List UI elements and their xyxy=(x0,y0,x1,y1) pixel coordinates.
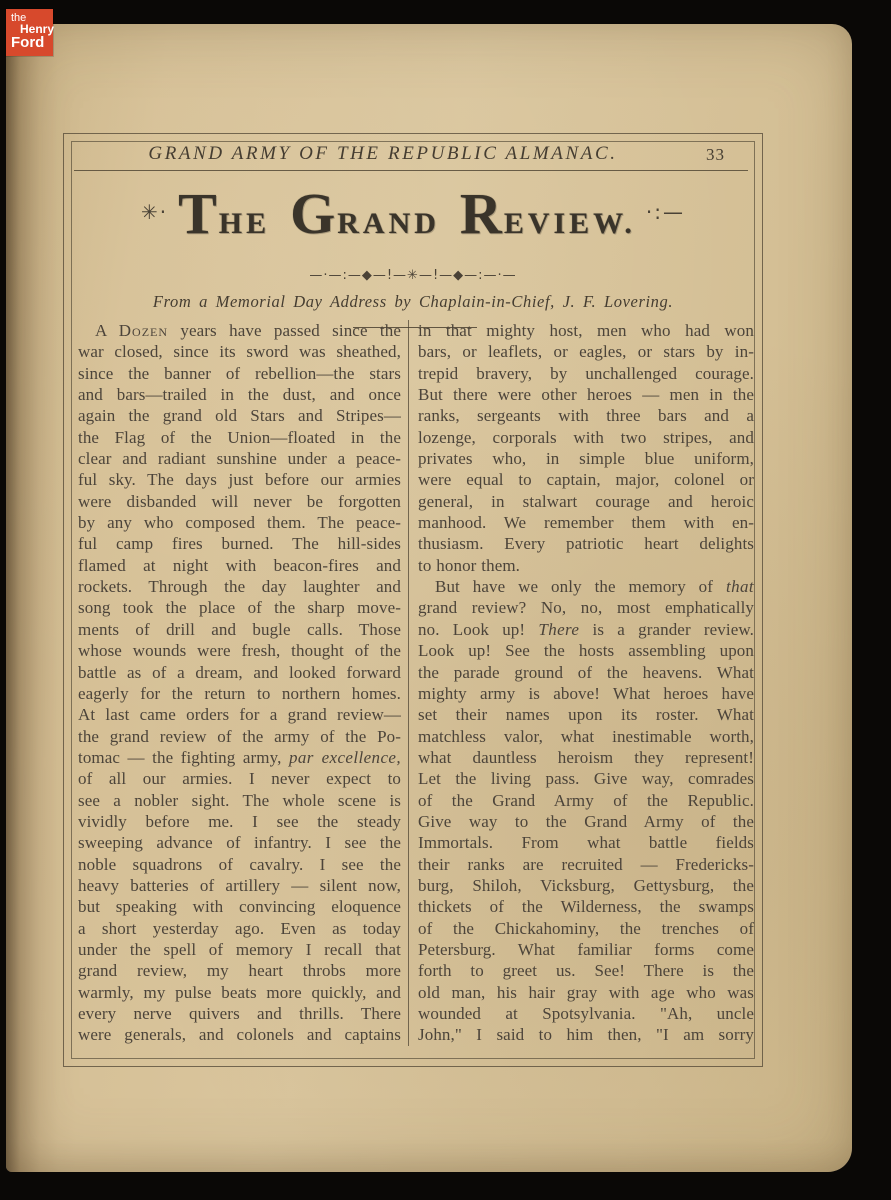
text-line: see a nobler sight. The whole scene is xyxy=(78,790,401,811)
text-line: mighty army is above! What heroes have xyxy=(418,683,754,704)
text-line: their ranks are recruited — Fredericks- xyxy=(418,854,754,875)
text-line: thusiasm. Every patriotic heart delights xyxy=(418,533,754,554)
text-line: of the Chickahominy, the trenches of xyxy=(418,918,754,939)
text-line: and bars—trailed in the dust, and once xyxy=(78,384,401,405)
text-line: trepid bravery, by unchallenged courage. xyxy=(418,363,754,384)
text-line: eagerly for the return to northern homes… xyxy=(78,683,401,704)
text-line: A Dozen years have passed since the xyxy=(78,320,401,341)
text-line: ful sky. The days just before our armies xyxy=(78,469,401,490)
article-title: ✳·TheGrandReview.·:— xyxy=(63,180,763,247)
text-line: the grand review of the army of the Po- xyxy=(78,726,401,747)
text-line: again the grand old Stars and Stripes— xyxy=(78,405,401,426)
henry-ford-logo: the Henry Ford xyxy=(6,9,53,56)
text-line: wounded at Spotsylvania. "Ah, uncle xyxy=(418,1003,754,1024)
text-line: since the banner of rebellion—the stars xyxy=(78,363,401,384)
ornament-divider-icon: —·—:—◆—!—✳—!—◆—:—·— xyxy=(63,268,763,283)
text-line: ful camp fires burned. The hill-sides xyxy=(78,533,401,554)
text-line: flamed at night with beacon-fires and xyxy=(78,555,401,576)
left-column: A Dozen years have passed since thewar c… xyxy=(78,320,408,1046)
text-line: matchless valor, what inestimable worth, xyxy=(418,726,754,747)
text-line: were equal to captain, major, colonel or xyxy=(418,469,754,490)
title-word: Review. xyxy=(460,207,636,240)
text-line: the parade ground of the heavens. What xyxy=(418,662,754,683)
body-text: A Dozen years have passed since thewar c… xyxy=(78,320,754,1046)
text-line: by any who composed them. The peace- xyxy=(78,512,401,533)
text-line: Look up! See the hosts assembling upon xyxy=(418,640,754,661)
article-title-text: TheGrandReview. xyxy=(168,220,646,237)
text-line: old man, his hair gray with age who was xyxy=(418,982,754,1003)
page-number: 33 xyxy=(706,145,725,165)
title-word: Grand xyxy=(290,207,440,240)
text-line: But have we only the memory of that xyxy=(418,576,754,597)
text-line: warmly, my pulse beats more quickly, and xyxy=(78,982,401,1003)
text-line: manhood. We remember them with en- xyxy=(418,512,754,533)
text-line: forth to greet us. See! There is the xyxy=(418,960,754,981)
text-line: Give way to the Grand Army of the xyxy=(418,811,754,832)
text-line: no. Look up! There is a grander review. xyxy=(418,619,754,640)
text-line: sweeping advance of infantry. I see the xyxy=(78,832,401,853)
title-lead-ornament-icon: ✳· xyxy=(141,200,168,224)
text-line: clear and radiant sunshine under a peace… xyxy=(78,448,401,469)
byline: From a Memorial Day Address by Chaplain-… xyxy=(63,292,763,312)
text-line: lozenge, corporals with two stripes, and xyxy=(418,427,754,448)
text-line: of all our armies. I never expect to xyxy=(78,768,401,789)
text-line: in that mighty host, men who had won xyxy=(418,320,754,341)
text-line: tomac — the fighting army, par excellenc… xyxy=(78,747,401,768)
text-line: grand review, my heart throbs more xyxy=(78,960,401,981)
text-line: were disbanded will never be forgotten xyxy=(78,491,401,512)
text-line: song took the place of the sharp move- xyxy=(78,597,401,618)
text-line: ranks, sergeants with three bars and a xyxy=(418,405,754,426)
right-column: in that mighty host, men who had wonbars… xyxy=(409,320,754,1046)
running-head: GRAND ARMY OF THE REPUBLIC ALMANAC. xyxy=(63,143,703,165)
scan-background: GRAND ARMY OF THE REPUBLIC ALMANAC. 33 ✳… xyxy=(0,0,891,1200)
text-line: Petersburg. What familiar forms come xyxy=(418,939,754,960)
text-line: battle as of a dream, and looked forward xyxy=(78,662,401,683)
logo-text-ford: Ford xyxy=(11,35,44,50)
almanac-page: GRAND ARMY OF THE REPUBLIC ALMANAC. 33 ✳… xyxy=(6,24,852,1172)
header-rule xyxy=(74,170,748,171)
text-line: grand review? No, no, most emphatically xyxy=(418,597,754,618)
text-line: what dauntless heroism they represent! xyxy=(418,747,754,768)
text-line: privates who, in simple blue uniform, xyxy=(418,448,754,469)
text-line: were generals, and colonels and captains xyxy=(78,1024,401,1045)
text-line: war closed, since its sword was sheathed… xyxy=(78,341,401,362)
text-line: of the Grand Army of the Republic. xyxy=(418,790,754,811)
text-line: but speaking with convincing eloquence xyxy=(78,896,401,917)
text-line: the Flag of the Union—floated in the xyxy=(78,427,401,448)
text-line: thickets of the Wilderness, the swamps xyxy=(418,896,754,917)
text-line: a short yesterday ago. Even as today xyxy=(78,918,401,939)
text-line: But there were other heroes — men in the xyxy=(418,384,754,405)
text-line: under the spell of memory I recall that xyxy=(78,939,401,960)
text-line: rockets. Through the day laughter and xyxy=(78,576,401,597)
text-line: Immortals. From what battle fields xyxy=(418,832,754,853)
text-line: to honor them. xyxy=(418,555,754,576)
text-line: vividly before me. I see the steady xyxy=(78,811,401,832)
text-line: general, in stalwart courage and heroic xyxy=(418,491,754,512)
text-line: heavy batteries of artillery — silent no… xyxy=(78,875,401,896)
text-line: At last came orders for a grand review— xyxy=(78,704,401,725)
text-line: John," I said to him then, "I am sorry xyxy=(418,1024,754,1045)
text-line: ments of drill and bugle calls. Those xyxy=(78,619,401,640)
text-line: every nerve quivers and thrills. There xyxy=(78,1003,401,1024)
text-line: bars, or leaflets, or eagles, or stars b… xyxy=(418,341,754,362)
title-tail-ornament-icon: ·:— xyxy=(646,200,685,224)
text-line: burg, Shiloh, Vicksburg, Gettysburg, the xyxy=(418,875,754,896)
text-line: Let the living pass. Give way, comrades xyxy=(418,768,754,789)
text-line: whose wounds were fresh, thought of the xyxy=(78,640,401,661)
title-word: The xyxy=(178,207,270,240)
text-line: set their names upon its roster. What xyxy=(418,704,754,725)
text-line: noble squadrons of cavalry. I see the xyxy=(78,854,401,875)
